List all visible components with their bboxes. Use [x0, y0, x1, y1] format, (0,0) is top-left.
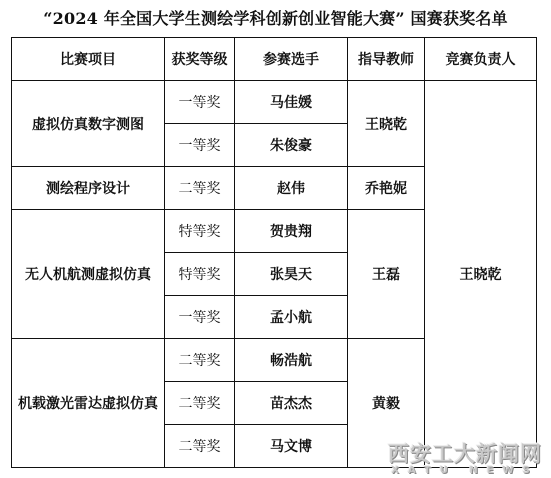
- leader-cell: 王晓乾: [425, 81, 537, 468]
- project-cell: 机载激光雷达虚拟仿真: [12, 339, 165, 468]
- awards-table: 比赛项目 获奖等级 参赛选手 指导教师 竞赛负责人 虚拟仿真数字测图 一等奖 马…: [11, 37, 537, 468]
- header-level: 获奖等级: [165, 38, 235, 81]
- project-cell: 测绘程序设计: [12, 167, 165, 210]
- project-cell: 无人机航测虚拟仿真: [12, 210, 165, 339]
- player-cell: 张昊天: [235, 253, 348, 296]
- award-level-cell: 二等奖: [165, 167, 235, 210]
- teacher-cell: 王晓乾: [348, 81, 425, 167]
- player-cell: 马文博: [235, 425, 348, 468]
- award-level-cell: 二等奖: [165, 339, 235, 382]
- award-level-cell: 二等奖: [165, 425, 235, 468]
- award-level-cell: 一等奖: [165, 296, 235, 339]
- watermark: 西安工大新闻网 XATU NEWS: [381, 443, 549, 476]
- award-level-cell: 二等奖: [165, 382, 235, 425]
- player-cell: 赵伟: [235, 167, 348, 210]
- watermark-cn: 西安工大新闻网: [381, 443, 549, 465]
- player-cell: 苗杰杰: [235, 382, 348, 425]
- player-cell: 孟小航: [235, 296, 348, 339]
- player-cell: 马佳媛: [235, 81, 348, 124]
- project-cell: 虚拟仿真数字测图: [12, 81, 165, 167]
- award-level-cell: 一等奖: [165, 81, 235, 124]
- header-project: 比赛项目: [12, 38, 165, 81]
- header-teacher: 指导教师: [348, 38, 425, 81]
- award-level-cell: 特等奖: [165, 253, 235, 296]
- table-header-row: 比赛项目 获奖等级 参赛选手 指导教师 竞赛负责人: [12, 38, 537, 81]
- award-level-cell: 一等奖: [165, 124, 235, 167]
- teacher-cell: 乔艳妮: [348, 167, 425, 210]
- header-player: 参赛选手: [235, 38, 348, 81]
- player-cell: 贺贵翔: [235, 210, 348, 253]
- player-cell: 畅浩航: [235, 339, 348, 382]
- player-cell: 朱俊豪: [235, 124, 348, 167]
- header-leader: 竞赛负责人: [425, 38, 537, 81]
- table-row: 虚拟仿真数字测图 一等奖 马佳媛 王晓乾 王晓乾: [12, 81, 537, 124]
- document-title: “2024 年全国大学生测绘学科创新创业智能大赛” 国赛获奖名单: [0, 6, 551, 29]
- award-level-cell: 特等奖: [165, 210, 235, 253]
- watermark-en: XATU NEWS: [381, 465, 549, 476]
- teacher-cell: 王磊: [348, 210, 425, 339]
